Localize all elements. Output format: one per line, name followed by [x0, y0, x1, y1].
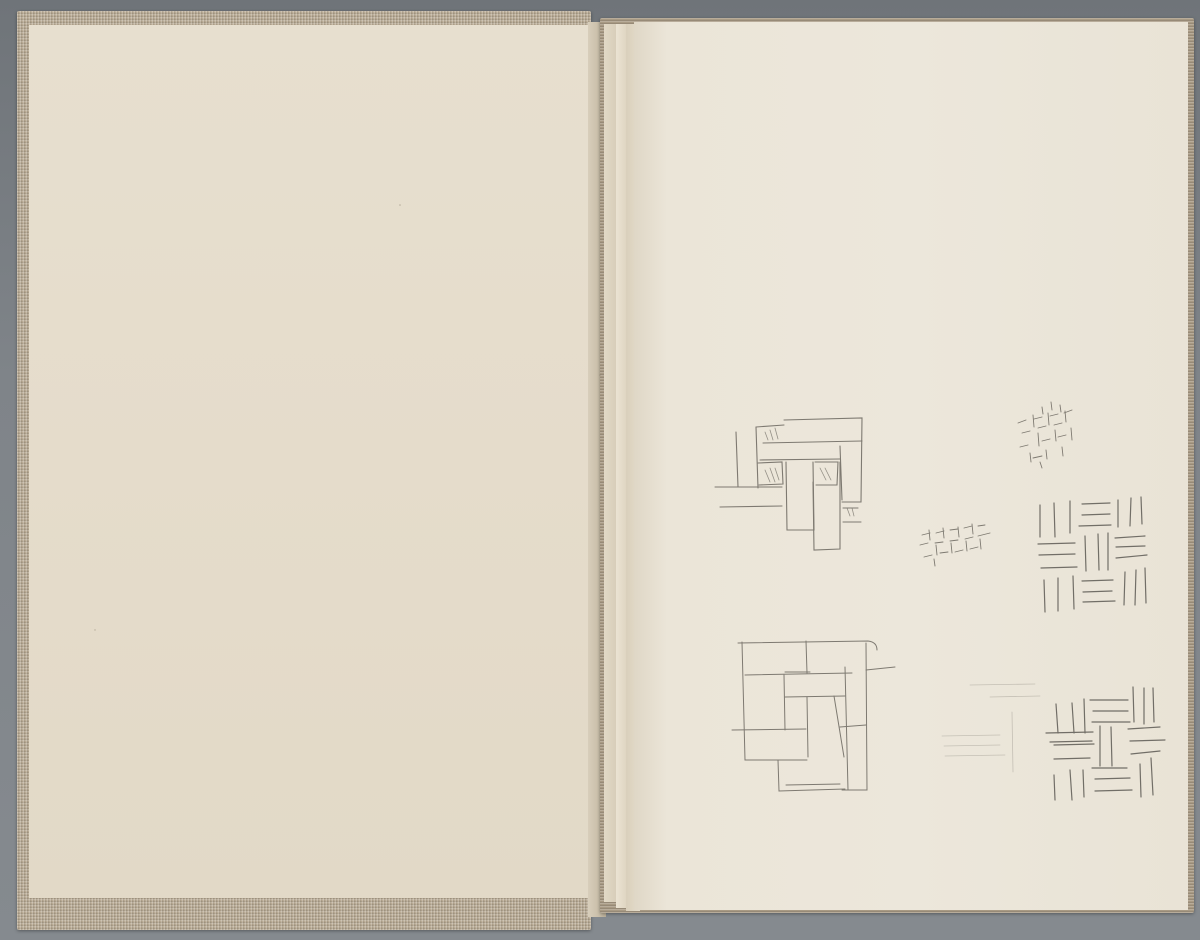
small-weave-pattern-middle	[920, 524, 990, 566]
interlocking-block-plan-top	[715, 418, 862, 550]
faint-erased-sketch	[942, 684, 1040, 772]
pencil-sketches	[0, 0, 1200, 940]
basketweave-parquet-top	[1038, 497, 1147, 612]
basketweave-parquet-bottom	[1046, 687, 1165, 800]
paper-specks	[94, 204, 601, 631]
small-weave-pattern-top	[1018, 402, 1072, 468]
interlocking-block-plan-bottom	[732, 641, 895, 791]
